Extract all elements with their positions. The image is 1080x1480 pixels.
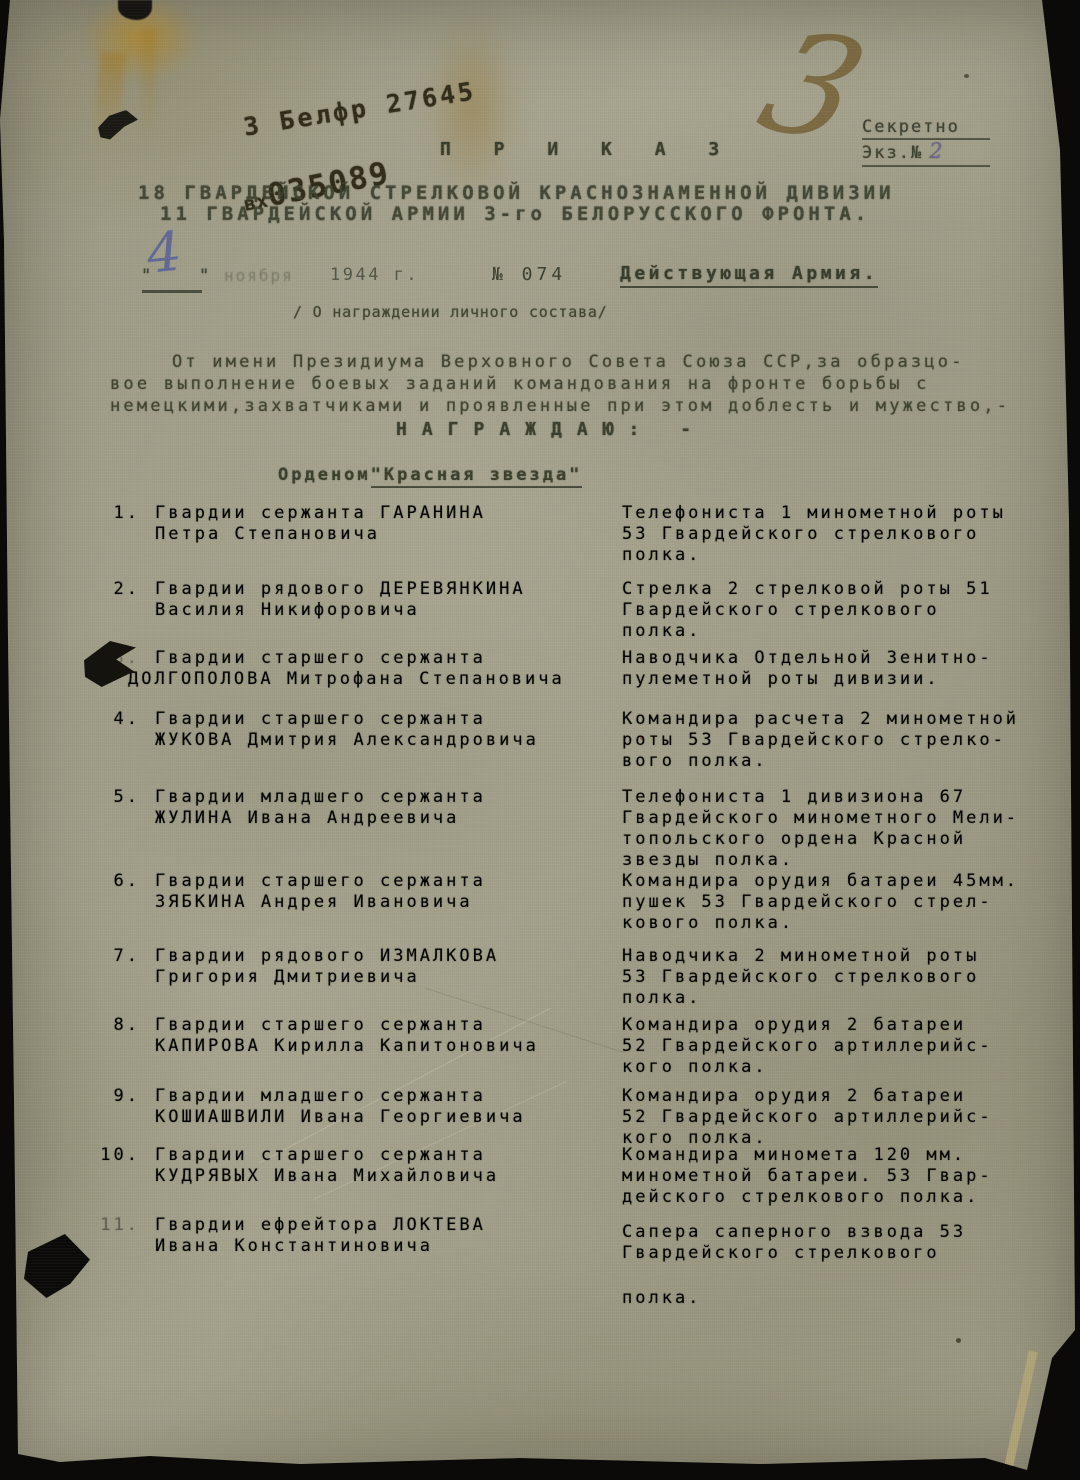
recipient-line: КУДРЯВЫХ Ивана Михайловича bbox=[155, 1166, 625, 1187]
paper-hole bbox=[98, 110, 138, 142]
citation-line: 52 Гвардейского артиллерийс- bbox=[622, 1107, 1052, 1128]
entry-citation: Командира орудия 2 батареи 52 Гвардейско… bbox=[622, 1015, 1052, 1078]
citation-line: Командира орудия 2 батареи bbox=[622, 1086, 1052, 1107]
citation-line: Наводчика 2 минометной роты bbox=[622, 946, 1052, 967]
citation-line: пушек 53 Гвардейского стрел- bbox=[622, 892, 1052, 913]
order-name-line: Орденом"Красная звезда" bbox=[278, 465, 582, 485]
citation-line: кого полка. bbox=[622, 1057, 1052, 1078]
citation-line: Гвардейского минометного Мели- bbox=[622, 808, 1052, 829]
recipient-line: Гвардии сержанта ГАРАНИНА bbox=[155, 503, 625, 524]
citation-line: кового полка. bbox=[622, 913, 1052, 934]
citation-line: полка. bbox=[622, 1288, 1052, 1309]
citation-line: вого полка. bbox=[622, 751, 1052, 772]
recipient-line: ДОЛГОПОЛОВА Митрофана Степановича bbox=[128, 669, 625, 690]
entry-number: 1. bbox=[100, 503, 140, 524]
date-year: 1944 г. bbox=[330, 265, 419, 285]
division-line-2: 11 ГВАРДЕЙСКОЙ АРМИИ 3-го БЕЛОРУССКОГО Ф… bbox=[160, 203, 870, 225]
citation-line: полка. bbox=[622, 545, 1052, 566]
citation-line: 53 Гвардейского стрелкового bbox=[622, 967, 1052, 988]
order-number: № 074 bbox=[492, 264, 566, 285]
tape-stain bbox=[82, 0, 200, 82]
handwritten-page-number: 3 bbox=[745, 14, 879, 162]
citation-line: Командира миномета 120 мм. bbox=[622, 1145, 1052, 1166]
entry-recipient: Гвардии старшего сержанта ЗЯБКИНА Андрея… bbox=[155, 871, 625, 913]
recipient-line: КАПИРОВА Кирилла Капитоновича bbox=[155, 1036, 625, 1057]
recipient-line: Григория Дмитриевича bbox=[155, 967, 625, 988]
citation-line: звезды полка. bbox=[622, 850, 1052, 871]
recipient-line: ЗЯБКИНА Андрея Ивановича bbox=[155, 892, 625, 913]
recipient-line: Гвардии рядового ДЕРЕВЯНКИНА bbox=[155, 579, 625, 600]
ink-speck bbox=[964, 74, 969, 78]
citation-line: Телефониста 1 дивизиона 67 bbox=[622, 787, 1052, 808]
citation-line: 52 Гвардейского артиллерийс- bbox=[622, 1036, 1052, 1057]
citation-line: минометной батареи. 53 Гвар- bbox=[622, 1166, 1052, 1187]
ink-mark bbox=[118, 0, 152, 20]
entry-recipient: Гвардии младшего сержанта ЖУЛИНА Ивана А… bbox=[155, 787, 625, 829]
entry-citation: Сапера саперного взвода 53 Гвардейского … bbox=[622, 1222, 1052, 1309]
recipient-line: Гвардии старшего сержанта bbox=[155, 871, 625, 892]
citation-line: полка. bbox=[622, 621, 1052, 642]
entry-recipient: Гвардии рядового ИЗМАЛКОВА Григория Дмит… bbox=[155, 946, 625, 988]
torn-edge bbox=[1003, 1350, 1037, 1471]
entry-recipient: Гвардии рядового ДЕРЕВЯНКИНА Василия Ник… bbox=[155, 579, 625, 621]
entry-citation: Командира орудия 2 батареи 52 Гвардейско… bbox=[622, 1086, 1052, 1149]
citation-line: Командира орудия 2 батареи bbox=[622, 1015, 1052, 1036]
citation-line: дейского стрелкового полка. bbox=[622, 1187, 1052, 1208]
entry-citation: Наводчика Отдельной Зенитно- пулеметной … bbox=[622, 648, 1052, 690]
preamble-line: вое выполнение боевых заданий командован… bbox=[110, 374, 930, 394]
day-underline bbox=[142, 290, 202, 293]
entry-citation: Командира расчета 2 минометной роты 53 Г… bbox=[622, 709, 1052, 772]
entry-number: 2. bbox=[100, 579, 140, 600]
recipient-line: Гвардии младшего сержанта bbox=[155, 1086, 625, 1107]
citation-line: Стрелка 2 стрелковой роты 51 bbox=[622, 579, 1052, 600]
entry-number: 11. bbox=[100, 1215, 140, 1236]
entry-number: 10. bbox=[100, 1145, 140, 1166]
recipient-line: Гвардии старшего сержанта bbox=[155, 709, 625, 730]
entry-number: 3. bbox=[100, 648, 140, 669]
recipient-line: Петра Степановича bbox=[155, 524, 625, 545]
award-verb: НАГРАЖДАЮ: - bbox=[396, 419, 706, 440]
entry-number: 5. bbox=[100, 787, 140, 808]
entry-citation: Телефониста 1 минометной роты 53 Гвардей… bbox=[622, 503, 1052, 566]
citation-line: 53 Гвардейского стрелкового bbox=[622, 524, 1052, 545]
recipient-line: ЖУКОВА Дмитрия Александровича bbox=[155, 730, 625, 751]
recipient-line: Гвардии рядового ИЗМАЛКОВА bbox=[155, 946, 625, 967]
citation-line: пулеметной роты дивизии. bbox=[622, 669, 1052, 690]
ink-speck bbox=[956, 1338, 961, 1343]
entry-recipient: Гвардии сержанта ГАРАНИНА Петра Степанов… bbox=[155, 503, 625, 545]
entry-recipient: Гвардии старшего сержанта ДОЛГОПОЛОВА Ми… bbox=[155, 648, 625, 690]
citation-line: Гвардейского стрелкового bbox=[622, 600, 1052, 621]
citation-line: Наводчика Отдельной Зенитно- bbox=[622, 648, 1052, 669]
order-title: П Р И К А З bbox=[440, 139, 735, 160]
preamble-line: немецкими,захватчиками и проявленные при… bbox=[110, 396, 1010, 416]
preamble-line: От имени Президиума Верховного Совета Со… bbox=[172, 352, 965, 372]
order-name: "Красная звезда" bbox=[371, 465, 583, 488]
entry-citation: Наводчика 2 минометной роты 53 Гвардейск… bbox=[622, 946, 1052, 1009]
handwritten-day: 4 bbox=[144, 224, 184, 281]
recipient-line: КОШИАШВИЛИ Ивана Георгиевича bbox=[155, 1107, 625, 1128]
order-subject: / О награждении личного состава/ bbox=[293, 303, 608, 321]
document-paper: З Белфр 27645 вх035089 3 Секретно Экз.№2… bbox=[0, 0, 1080, 1480]
entry-citation: Стрелка 2 стрелковой роты 51 Гвардейског… bbox=[622, 579, 1052, 642]
entry-citation: Командира орудия батареи 45мм. пушек 53 … bbox=[622, 871, 1052, 934]
order-prefix: Орденом bbox=[278, 465, 371, 485]
copy-label: Экз.№ bbox=[862, 143, 923, 163]
tape-stain-streak bbox=[142, 28, 156, 143]
entry-citation: Командира миномета 120 мм. минометной ба… bbox=[622, 1145, 1052, 1208]
entry-number: 8. bbox=[100, 1015, 140, 1036]
recipient-line: Гвардии старшего сержанта bbox=[155, 1145, 625, 1166]
entry-recipient: Гвардии старшего сержанта ЖУКОВА Дмитрия… bbox=[155, 709, 625, 751]
handwritten-copy-number: 2 bbox=[929, 139, 944, 163]
paper-hole bbox=[24, 1234, 90, 1298]
entry-recipient: Гвардии ефрейтора ЛОКТЕВА Ивана Констант… bbox=[155, 1215, 625, 1257]
entry-number: 7. bbox=[100, 946, 140, 967]
citation-line: топольского ордена Красной bbox=[622, 829, 1052, 850]
entry-recipient: Гвардии старшего сержанта КУДРЯВЫХ Ивана… bbox=[155, 1145, 625, 1187]
recipient-line: Гвардии ефрейтора ЛОКТЕВА bbox=[155, 1215, 625, 1236]
tape-stain-streak bbox=[92, 51, 126, 151]
recipient-line: ЖУЛИНА Ивана Андреевича bbox=[155, 808, 625, 829]
citation-line: полка. bbox=[622, 988, 1052, 1009]
entry-number: 9. bbox=[100, 1086, 140, 1107]
recipient-line: Василия Никифоровича bbox=[155, 600, 625, 621]
date-month: ноября bbox=[224, 266, 294, 285]
entry-recipient: Гвардии младшего сержанта КОШИАШВИЛИ Ива… bbox=[155, 1086, 625, 1128]
entry-recipient: Гвардии старшего сержанта КАПИРОВА Кирил… bbox=[155, 1015, 625, 1057]
army-status: Действующая Армия. bbox=[620, 263, 878, 288]
recipient-line: Гвардии младшего сержанта bbox=[155, 787, 625, 808]
date-close-quote: " bbox=[199, 266, 212, 287]
recipient-line: Гвардии старшего сержанта bbox=[155, 1015, 625, 1036]
recipient-line: Ивана Константиновича bbox=[155, 1236, 625, 1257]
recipient-line: Гвардии старшего сержанта bbox=[155, 648, 625, 669]
citation-line: Гвардейского стрелкового bbox=[622, 1243, 1052, 1264]
citation-line: Командира расчета 2 минометной bbox=[622, 709, 1052, 730]
division-line-1: 18 ГВАРДЕЙСКОЙ СТРЕЛКОВОЙ КРАСНОЗНАМЕННО… bbox=[138, 182, 895, 204]
stamp-front-line: З Белфр 27645 bbox=[242, 76, 478, 141]
citation-line: Командира орудия батареи 45мм. bbox=[622, 871, 1052, 892]
citation-line: Телефониста 1 минометной роты bbox=[622, 503, 1052, 524]
entry-number: 4. bbox=[100, 709, 140, 730]
secrecy-label: Секретно bbox=[862, 117, 990, 140]
citation-line: роты 53 Гвардейского стрелко- bbox=[622, 730, 1052, 751]
copy-number-line: Экз.№2 bbox=[862, 139, 990, 167]
entry-number: 6. bbox=[100, 871, 140, 892]
entry-citation: Телефониста 1 дивизиона 67 Гвардейского … bbox=[622, 787, 1052, 871]
citation-line: Сапера саперного взвода 53 bbox=[622, 1222, 1052, 1243]
